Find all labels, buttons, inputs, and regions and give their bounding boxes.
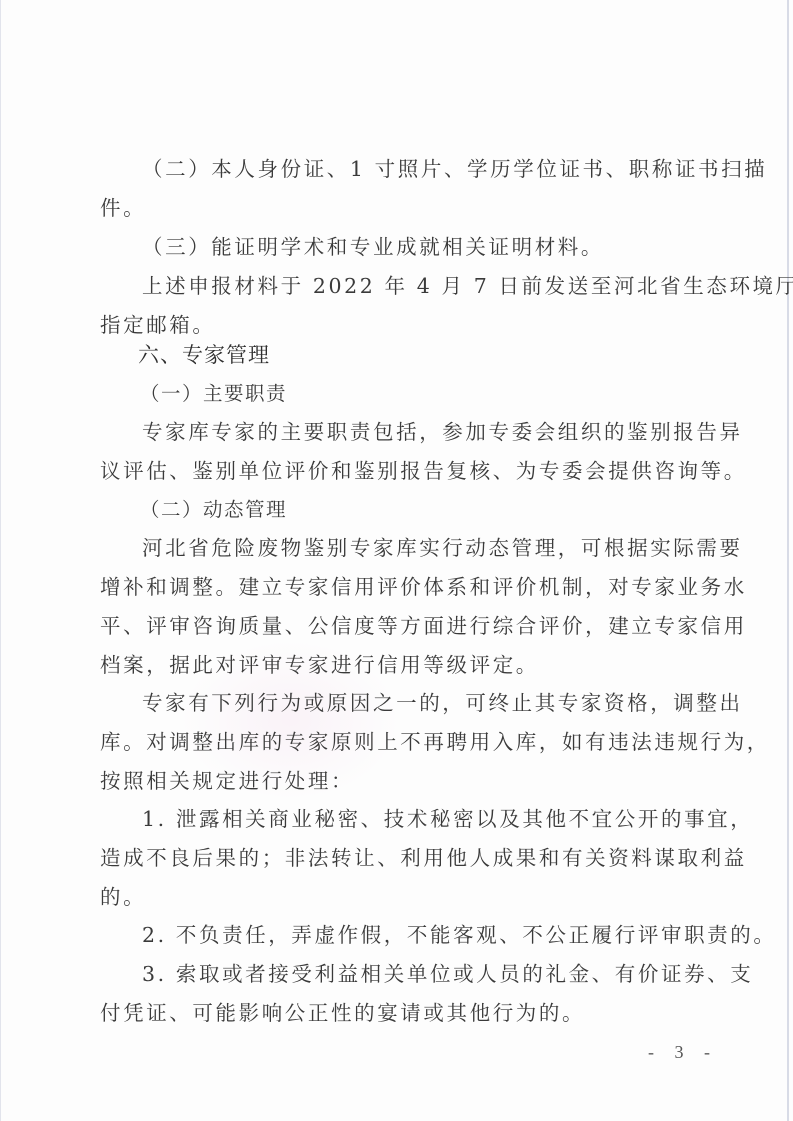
body-text-line: 3. 索取或者接受利益相关单位或人员的礼金、有价证券、支 [142,960,753,988]
body-text-line: 上述申报材料于 2022 年 4 月 7 日前发送至河北省生态环境厅 [142,272,793,300]
body-text-line: 付凭证、可能影响公正性的宴请或其他行为的。 [100,999,585,1027]
body-text-line: 增补和调整。建立专家信用评价体系和评价机制，对专家业务水 [100,573,747,601]
body-text-line: 专家有下列行为或原因之一的，可终止其专家资格，调整出 [142,689,743,717]
subsection-heading: （一）主要职责 [140,380,287,408]
body-text-line: 专家库专家的主要职责包括，参加专委会组织的鉴别报告异 [142,418,743,446]
scan-left-edge [0,0,1,1121]
scan-right-edge [787,0,789,1121]
body-text-line: 的。 [100,883,146,911]
body-text-line: （三）能证明学术和专业成就相关证明材料。 [142,233,604,261]
body-text-line: 议评估、鉴别单位评价和鉴别报告复核、为专委会提供咨询等。 [100,457,747,485]
subsection-heading: （二）动态管理 [140,496,287,524]
body-text-line: 按照相关规定进行处理： [100,767,354,795]
body-text-line: 河北省危险废物鉴别专家库实行动态管理，可根据实际需要 [142,534,743,562]
section-heading: 六、专家管理 [138,341,270,369]
body-text-line: 平、评审咨询质量、公信度等方面进行综合评价，建立专家信用 [100,612,747,640]
body-text-line: 指定邮箱。 [100,311,216,339]
body-text-line: （二）本人身份证、1 寸照片、学历学位证书、职称证书扫描 [142,155,767,183]
body-text-line: 造成不良后果的；非法转让、利用他人成果和有关资料谋取利益 [100,844,747,872]
body-text-line: 1. 泄露相关商业秘密、技术秘密以及其他不宜公开的事宜， [142,805,753,833]
body-text-line: 件。 [100,194,146,222]
body-text-line: 2. 不负责任，弄虚作假，不能客观、不公正履行评审职责的。 [142,921,776,949]
page-number: - 3 - [648,1042,718,1063]
body-text-line: 库。对调整出库的专家原则上不再聘用入库，如有违法违规行为， [100,728,770,756]
body-text-line: 档案，据此对评审专家进行信用等级评定。 [100,651,539,679]
